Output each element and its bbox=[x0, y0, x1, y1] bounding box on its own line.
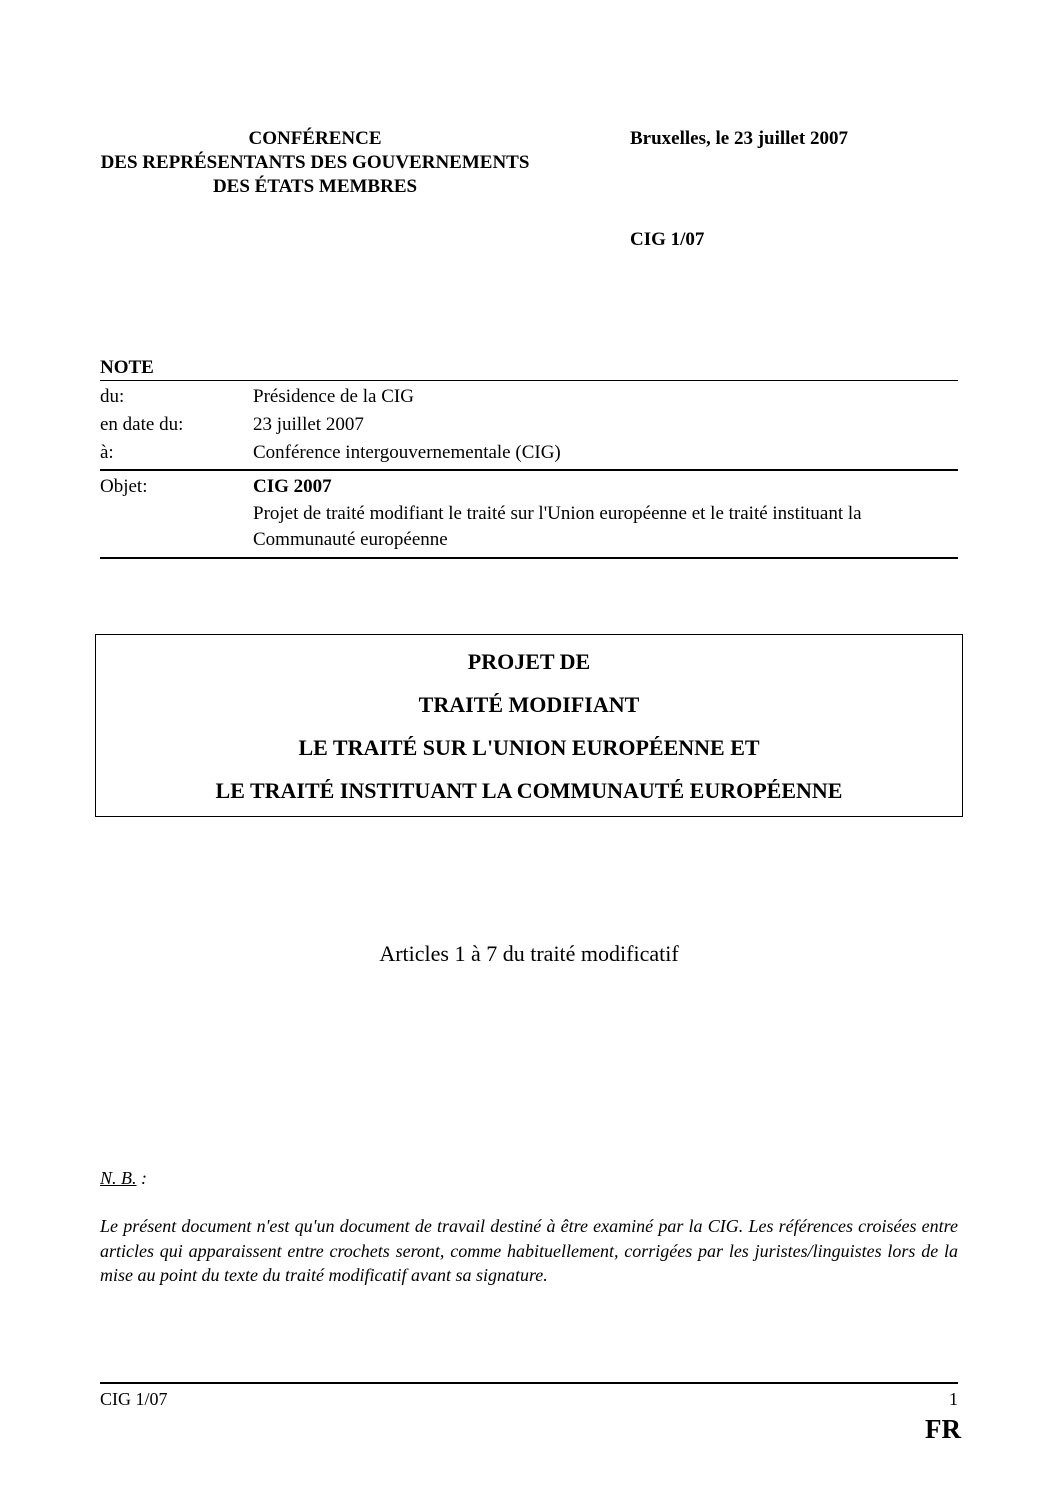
footer-document-reference: CIG 1/07 bbox=[100, 1389, 168, 1410]
note-subject: Objet: CIG 2007 Projet de traité modifia… bbox=[100, 471, 958, 559]
note-subject-content: CIG 2007 Projet de traité modifiant le t… bbox=[253, 473, 958, 557]
note-subject-title: CIG 2007 bbox=[253, 473, 958, 501]
note-row-to: à: Conférence intergouvernementale (CIG) bbox=[100, 439, 958, 467]
nb-heading: N. B. : bbox=[100, 1168, 147, 1189]
note-row-value: 23 juillet 2007 bbox=[253, 411, 958, 439]
treaty-title-line: LE TRAITÉ SUR L'UNION EUROPÉENNE ET bbox=[96, 726, 962, 769]
note-subject-label: Objet: bbox=[100, 473, 253, 557]
treaty-title-line: LE TRAITÉ INSTITUANT LA COMMUNAUTÉ EUROP… bbox=[96, 769, 962, 812]
issuing-organization: CONFÉRENCE DES REPRÉSENTANTS DES GOUVERN… bbox=[60, 127, 570, 199]
organization-line: CONFÉRENCE bbox=[60, 127, 570, 151]
note-row-subject: Objet: CIG 2007 Projet de traité modifia… bbox=[100, 473, 958, 557]
note-table: NOTE du: Présidence de la CIG en date du… bbox=[100, 356, 958, 559]
language-code: FR bbox=[925, 1414, 961, 1445]
note-row-value: Présidence de la CIG bbox=[253, 383, 958, 411]
note-row-label: à: bbox=[100, 439, 253, 467]
note-row-date: en date du: 23 juillet 2007 bbox=[100, 411, 958, 439]
organization-line: DES REPRÉSENTANTS DES GOUVERNEMENTS bbox=[60, 151, 570, 175]
treaty-title-line: TRAITÉ MODIFIANT bbox=[96, 683, 962, 726]
page-number: 1 bbox=[949, 1389, 958, 1410]
treaty-title-line: PROJET DE bbox=[96, 640, 962, 683]
document-reference: CIG 1/07 bbox=[630, 228, 704, 252]
nb-label: N. B. bbox=[100, 1168, 137, 1188]
note-subject-text: Projet de traité modifiant le traité sur… bbox=[253, 501, 958, 557]
note-row-label: en date du: bbox=[100, 411, 253, 439]
treaty-title-box: PROJET DE TRAITÉ MODIFIANT LE TRAITÉ SUR… bbox=[95, 634, 963, 817]
note-row-from: du: Présidence de la CIG bbox=[100, 383, 958, 411]
organization-line: DES ÉTATS MEMBRES bbox=[60, 175, 570, 199]
nb-suffix: : bbox=[137, 1168, 148, 1188]
place-and-date: Bruxelles, le 23 juillet 2007 bbox=[630, 127, 848, 151]
footer-divider bbox=[100, 1382, 958, 1384]
note-title: NOTE bbox=[100, 356, 958, 381]
nb-text: Le présent document n'est qu'un document… bbox=[100, 1214, 958, 1288]
note-routing-rows: du: Présidence de la CIG en date du: 23 … bbox=[100, 381, 958, 471]
note-row-value: Conférence intergouvernementale (CIG) bbox=[253, 439, 958, 467]
note-row-label: du: bbox=[100, 383, 253, 411]
articles-caption: Articles 1 à 7 du traité modificatif bbox=[0, 941, 1058, 967]
